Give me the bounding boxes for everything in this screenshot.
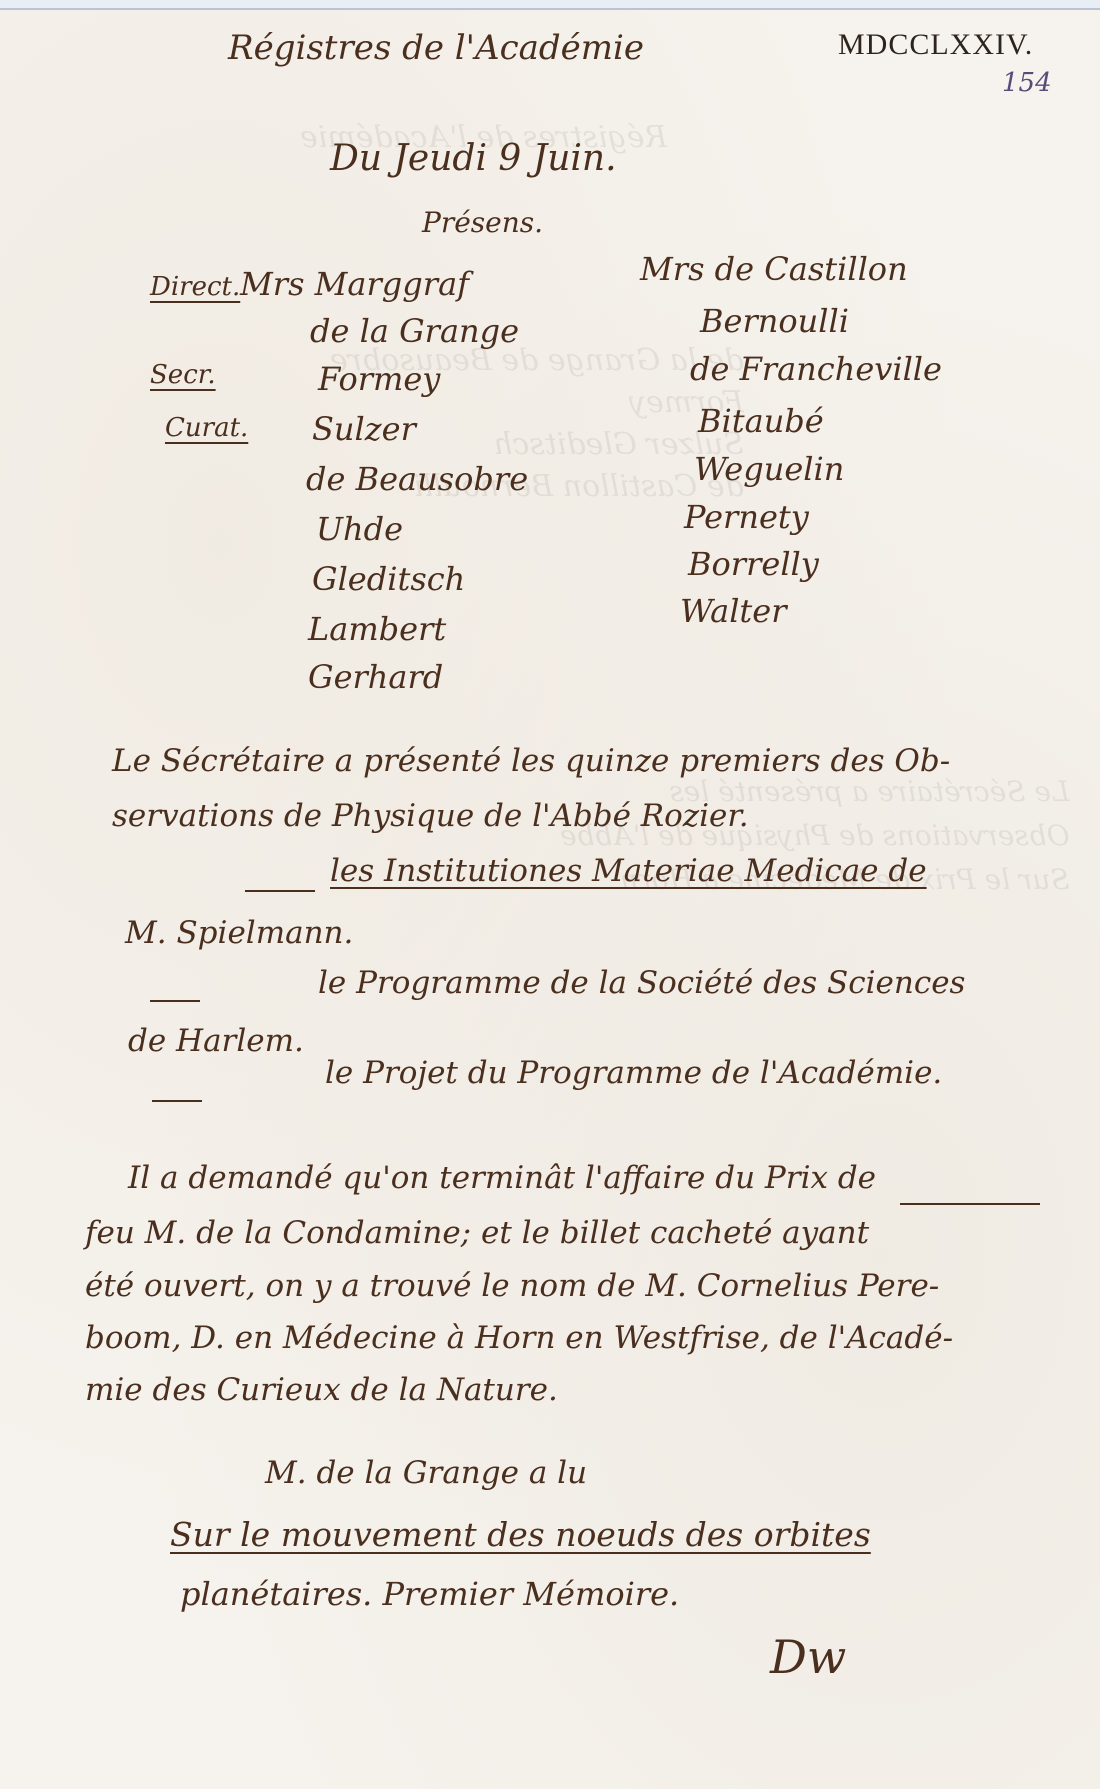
meeting-date: Du Jeudi 9 Juin. [330, 138, 617, 179]
minutes-line: M. Spielmann. [125, 915, 353, 951]
minutes-line: le Projet du Programme de l'Académie. [325, 1055, 942, 1091]
ditto-dash [152, 1100, 202, 1102]
manuscript-page: Régistres de l'Académie de la Grange de … [0, 8, 1100, 1787]
attendee-name: Uhde [316, 510, 403, 548]
attendee-name: Mrs de Castillon [640, 250, 908, 288]
minutes-line-underlined: les Institutiones Materiae Medicae de [330, 853, 927, 889]
folio-number: 154 [1002, 68, 1052, 98]
minutes-line: feu M. de la Condamine; et le billet cac… [85, 1215, 869, 1251]
attendee-name: Bitaubé [698, 402, 824, 440]
attendee-name: Mrs Marggraf [240, 265, 469, 303]
minutes-line: Il a demandé qu'on terminât l'affaire du… [128, 1160, 876, 1196]
presens-heading: Présens. [422, 206, 543, 239]
minutes-line: M. de la Grange a lu [265, 1455, 587, 1491]
minutes-line: boom, D. en Médecine à Horn en Westfrise… [85, 1320, 953, 1356]
role-secretary: Secr. [150, 360, 216, 390]
attendee-name: Walter [680, 592, 787, 630]
attendee-name: Borrelly [688, 545, 819, 583]
minutes-line: été ouvert, on y a trouvé le nom de M. C… [85, 1268, 939, 1304]
attendee-name: Pernety [684, 498, 809, 536]
register-title: Régistres de l'Académie [228, 28, 644, 68]
minutes-line: servations de Physique de l'Abbé Rozier. [112, 798, 749, 834]
ditto-dash [150, 1000, 200, 1002]
attendee-name: Lambert [308, 610, 446, 648]
attendee-name: Sulzer [312, 410, 416, 448]
minutes-line: Le Sécrétaire a présenté les quinze prem… [112, 743, 950, 779]
minutes-line: de Harlem. [128, 1023, 304, 1059]
memoir-subtitle: planétaires. Premier Mémoire. [180, 1575, 679, 1613]
year-roman-numeral: MDCCLXXIV. [838, 28, 1033, 62]
attendee-name: Formey [318, 360, 440, 398]
role-curator: Curat. [165, 413, 248, 443]
attendee-name: de Francheville [690, 350, 942, 388]
attendee-name: Gerhard [308, 658, 443, 696]
ditto-dash [245, 890, 315, 892]
strike-line [900, 1203, 1040, 1205]
attendee-name: Bernoulli [700, 302, 849, 340]
attendee-name: de Beausobre [306, 460, 528, 498]
minutes-line: le Programme de la Société des Sciences [318, 965, 965, 1001]
minutes-line: mie des Curieux de la Nature. [85, 1372, 558, 1408]
role-director: Direct. [150, 272, 240, 302]
attendee-name: Weguelin [694, 450, 844, 488]
attendee-name: Gleditsch [312, 560, 465, 598]
secretary-signature: Dw [770, 1630, 846, 1684]
memoir-title: Sur le mouvement des noeuds des orbites [170, 1515, 871, 1554]
attendee-name: de la Grange [310, 312, 519, 350]
